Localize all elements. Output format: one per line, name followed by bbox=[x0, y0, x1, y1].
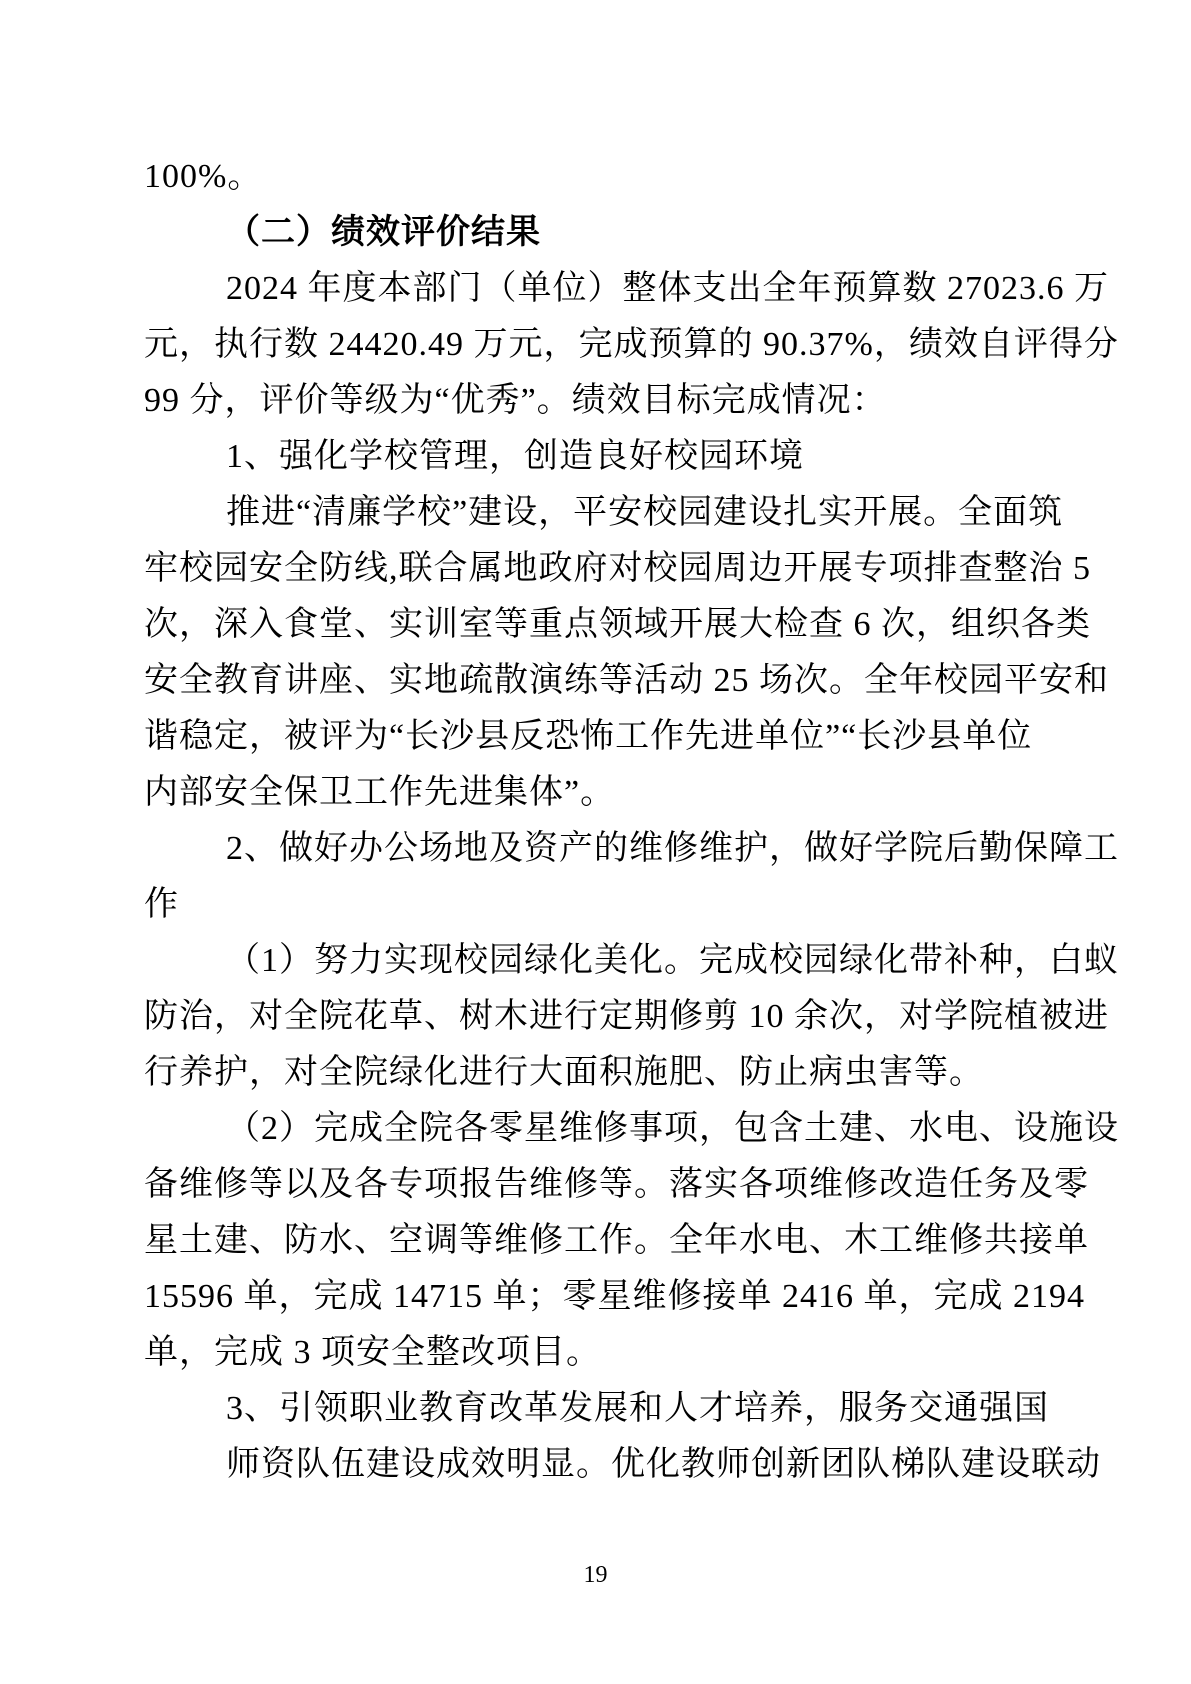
document-page: 100%。（二）绩效评价结果2024 年度本部门（单位）整体支出全年预算数 27… bbox=[0, 0, 1191, 1684]
text-line: 100%。 bbox=[144, 149, 1046, 205]
text-line: 3、引领职业教育改革发展和人才培养，服务交通强国 bbox=[144, 1381, 1046, 1437]
text-line: 元，执行数 24420.49 万元，完成预算的 90.37%，绩效自评得分 bbox=[144, 317, 1046, 373]
text-line: 2024 年度本部门（单位）整体支出全年预算数 27023.6 万 bbox=[144, 261, 1046, 317]
text-line: 1、强化学校管理，创造良好校园环境 bbox=[144, 429, 1046, 485]
text-line: 星土建、防水、空调等维修工作。全年水电、木工维修共接单 bbox=[144, 1213, 1046, 1269]
text-line: 99 分，评价等级为“优秀”。绩效目标完成情况： bbox=[144, 373, 1046, 429]
text-line: 2、做好办公场地及资产的维修维护，做好学院后勤保障工 bbox=[144, 821, 1046, 877]
text-line: 推进“清廉学校”建设，平安校园建设扎实开展。全面筑 bbox=[144, 485, 1046, 541]
text-line: 次，深入食堂、实训室等重点领域开展大检查 6 次，组织各类 bbox=[144, 597, 1046, 653]
text-line: （2）完成全院各零星维修事项，包含土建、水电、设施设 bbox=[144, 1101, 1046, 1157]
text-line: 师资队伍建设成效明显。优化教师创新团队梯队建设联动 bbox=[144, 1437, 1046, 1493]
document-body: 100%。（二）绩效评价结果2024 年度本部门（单位）整体支出全年预算数 27… bbox=[144, 149, 1046, 1493]
text-line: 安全教育讲座、实地疏散演练等活动 25 场次。全年校园平安和 bbox=[144, 653, 1046, 709]
text-line: 谐稳定，被评为“长沙县反恐怖工作先进单位”“长沙县单位 bbox=[144, 709, 1046, 765]
text-line: 内部安全保卫工作先进集体”。 bbox=[144, 765, 1046, 821]
text-line: 牢校园安全防线,联合属地政府对校园周边开展专项排查整治 5 bbox=[144, 541, 1046, 597]
text-line: 防治，对全院花草、树木进行定期修剪 10 余次，对学院植被进 bbox=[144, 989, 1046, 1045]
page-number: 19 bbox=[0, 1560, 1191, 1590]
text-line: （1）努力实现校园绿化美化。完成校园绿化带补种，白蚁 bbox=[144, 933, 1046, 989]
text-line: 单，完成 3 项安全整改项目。 bbox=[144, 1325, 1046, 1381]
text-line: 作 bbox=[144, 877, 1046, 933]
text-line: 备维修等以及各专项报告维修等。落实各项维修改造任务及零 bbox=[144, 1157, 1046, 1213]
text-line: 行养护，对全院绿化进行大面积施肥、防止病虫害等。 bbox=[144, 1045, 1046, 1101]
section-heading: （二）绩效评价结果 bbox=[144, 205, 1046, 261]
text-line: 15596 单，完成 14715 单；零星维修接单 2416 单，完成 2194 bbox=[144, 1269, 1046, 1325]
